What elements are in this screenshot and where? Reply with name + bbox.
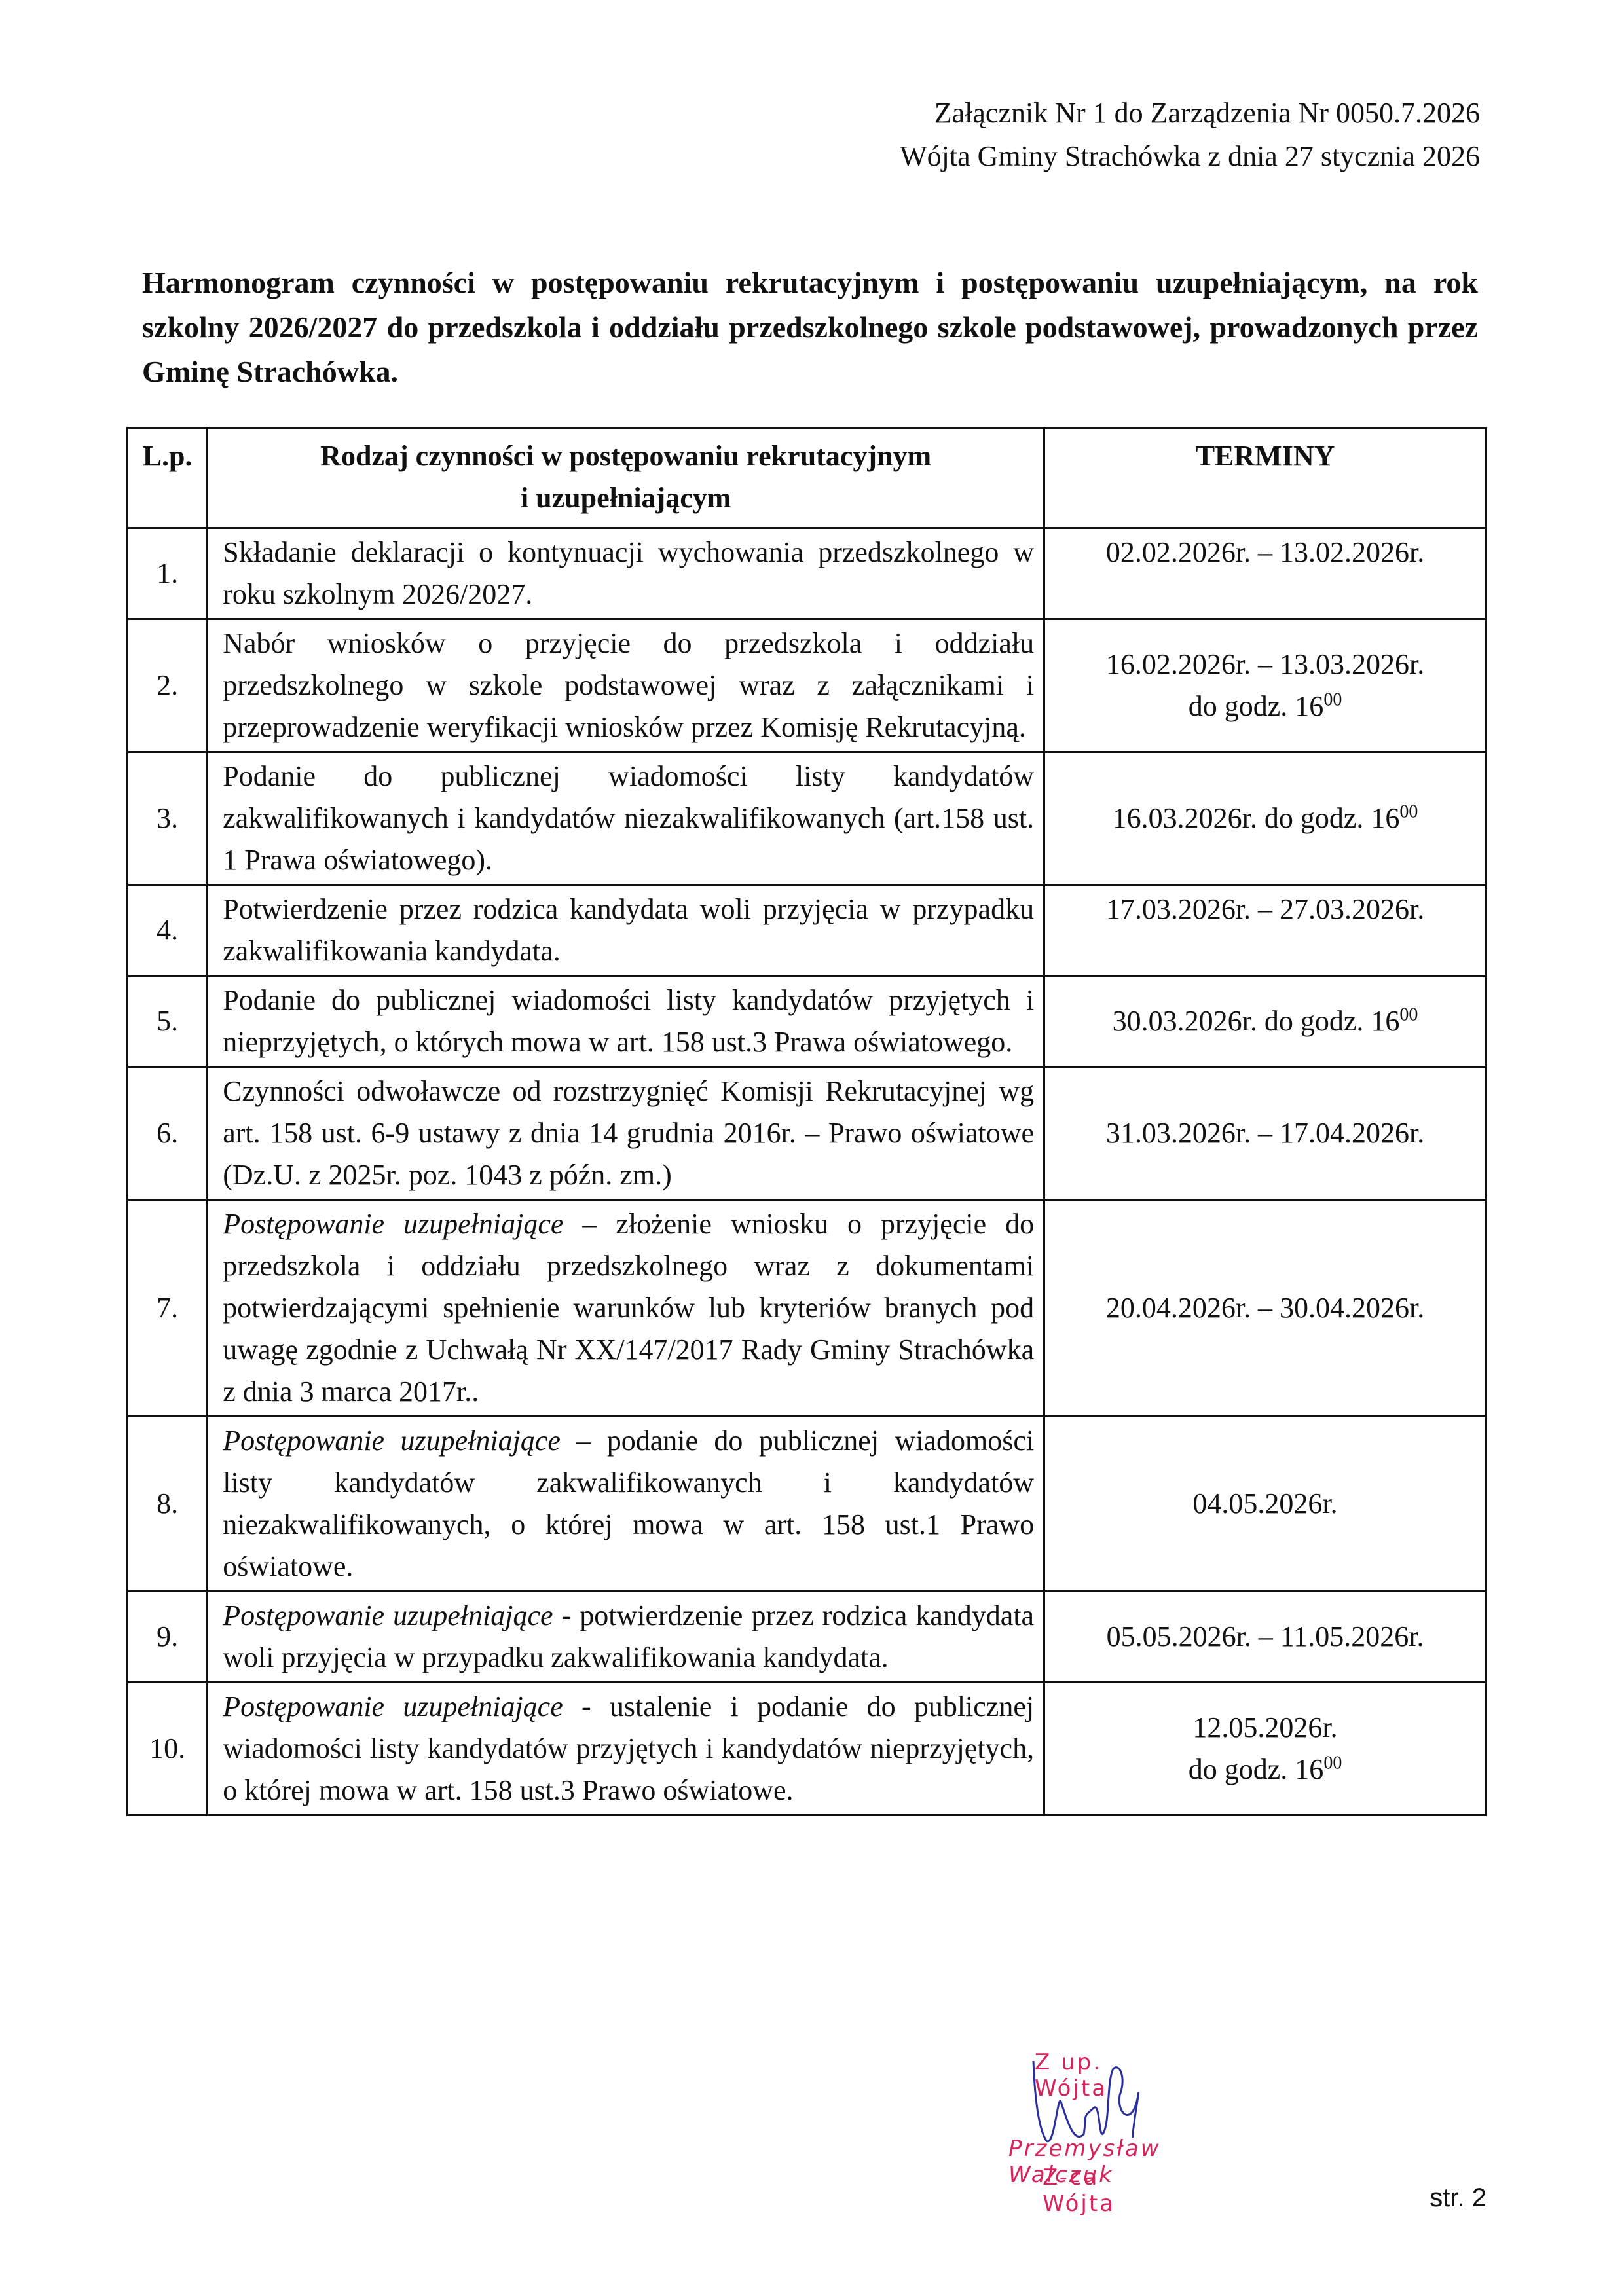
row-activity-phase: Postępowanie uzupełniające: [223, 1425, 561, 1457]
row-term: 31.03.2026r. – 17.04.2026r.: [1044, 1067, 1486, 1200]
row-activity-phase: Postępowanie uzupełniające: [223, 1690, 563, 1722]
attachment-reference: Załącznik Nr 1 do Zarządzenia Nr 0050.7.…: [900, 92, 1480, 178]
row-term-date: 30.03.2026r. do godz. 16: [1113, 1005, 1400, 1037]
row-term-date: 20.04.2026r. – 30.04.2026r.: [1106, 1292, 1424, 1324]
row-activity-text: Czynności odwoławcze od rozstrzygnięć Ko…: [223, 1075, 1034, 1191]
table-row: 6.Czynności odwoławcze od rozstrzygnięć …: [128, 1067, 1486, 1200]
row-activity: Postępowanie uzupełniające - ustalenie i…: [208, 1683, 1044, 1815]
row-term-date: 12.05.2026r.: [1192, 1711, 1337, 1743]
row-term-date: 16.02.2026r. – 13.03.2026r.: [1106, 648, 1424, 680]
schedule-table: L.p. Rodzaj czynności w postępowaniu rek…: [126, 427, 1487, 1816]
row-term: 05.05.2026r. – 11.05.2026r.: [1044, 1592, 1486, 1683]
row-activity-text: Podanie do publicznej wiadomości listy k…: [223, 760, 1034, 876]
row-number: 10.: [128, 1683, 208, 1815]
table-row: 8.Postępowanie uzupełniające – podanie d…: [128, 1417, 1486, 1592]
attachment-reference-line1: Załącznik Nr 1 do Zarządzenia Nr 0050.7.…: [900, 92, 1480, 135]
table-row: 2.Nabór wniosków o przyjęcie do przedszk…: [128, 619, 1486, 752]
row-term-time: do godz. 16: [1189, 690, 1324, 722]
row-term-date: 05.05.2026r. – 11.05.2026r.: [1107, 1620, 1424, 1652]
row-term: 16.02.2026r. – 13.03.2026r.do godz. 1600: [1044, 619, 1486, 752]
row-number: 2.: [128, 619, 208, 752]
row-term: 04.05.2026r.: [1044, 1417, 1486, 1592]
row-activity-phase: Postępowanie uzupełniające: [223, 1208, 563, 1240]
row-number: 8.: [128, 1417, 208, 1592]
row-term-minutes: 00: [1323, 1753, 1342, 1773]
row-term-date: 04.05.2026r.: [1192, 1487, 1337, 1520]
row-activity: Czynności odwoławcze od rozstrzygnięć Ko…: [208, 1067, 1044, 1200]
table-row: 10.Postępowanie uzupełniające - ustaleni…: [128, 1683, 1486, 1815]
row-number: 7.: [128, 1200, 208, 1417]
row-number: 3.: [128, 752, 208, 885]
row-activity: Postępowanie uzupełniające – podanie do …: [208, 1417, 1044, 1592]
row-activity-text: Potwierdzenie przez rodzica kandydata wo…: [223, 893, 1034, 967]
row-term-minutes: 00: [1399, 801, 1418, 822]
row-term: 02.02.2026r. – 13.02.2026r.: [1044, 528, 1486, 619]
table-row: 7.Postępowanie uzupełniające – złożenie …: [128, 1200, 1486, 1417]
column-header-terms: TERMINY: [1044, 428, 1486, 528]
column-header-activity: Rodzaj czynności w postępowaniu rekrutac…: [208, 428, 1044, 528]
table-row: 5.Podanie do publicznej wiadomości listy…: [128, 976, 1486, 1067]
row-term: 16.03.2026r. do godz. 1600: [1044, 752, 1486, 885]
row-activity: Nabór wniosków o przyjęcie do przedszkol…: [208, 619, 1044, 752]
row-term-date: 31.03.2026r. – 17.04.2026r.: [1106, 1117, 1424, 1149]
row-term-minutes: 00: [1323, 689, 1342, 710]
table-row: 1.Składanie deklaracji o kontynuacji wyc…: [128, 528, 1486, 619]
row-number: 1.: [128, 528, 208, 619]
row-term-time: do godz. 16: [1189, 1753, 1324, 1785]
page-number: str. 2: [1430, 2183, 1486, 2213]
table-row: 9.Postępowanie uzupełniające - potwierdz…: [128, 1592, 1486, 1683]
row-term-minutes: 00: [1399, 1004, 1418, 1025]
row-activity-text: Składanie deklaracji o kontynuacji wycho…: [223, 536, 1034, 610]
row-term: 30.03.2026r. do godz. 1600: [1044, 976, 1486, 1067]
column-header-activity-line2: i uzupełniającym: [217, 477, 1034, 519]
signature-stamp: Z up. Wójta Przemysław Walczuk Z-ca Wójt…: [995, 2049, 1179, 2180]
column-header-activity-line1: Rodzaj czynności w postępowaniu rekrutac…: [217, 435, 1034, 477]
table-header-row: L.p. Rodzaj czynności w postępowaniu rek…: [128, 428, 1486, 528]
row-activity: Postępowanie uzupełniające - potwierdzen…: [208, 1592, 1044, 1683]
row-activity: Potwierdzenie przez rodzica kandydata wo…: [208, 885, 1044, 976]
row-term-date: 17.03.2026r. – 27.03.2026r.: [1106, 893, 1424, 925]
table-row: 4.Potwierdzenie przez rodzica kandydata …: [128, 885, 1486, 976]
stamp-role: Z-ca Wójta: [1043, 2164, 1179, 2217]
row-activity-text: Podanie do publicznej wiadomości listy k…: [223, 984, 1034, 1058]
row-activity: Podanie do publicznej wiadomości listy k…: [208, 752, 1044, 885]
row-activity-text: Nabór wniosków o przyjęcie do przedszkol…: [223, 627, 1034, 743]
table-row: 3.Podanie do publicznej wiadomości listy…: [128, 752, 1486, 885]
row-activity: Postępowanie uzupełniające – złożenie wn…: [208, 1200, 1044, 1417]
row-activity: Składanie deklaracji o kontynuacji wycho…: [208, 528, 1044, 619]
row-activity: Podanie do publicznej wiadomości listy k…: [208, 976, 1044, 1067]
row-number: 9.: [128, 1592, 208, 1683]
row-term: 17.03.2026r. – 27.03.2026r.: [1044, 885, 1486, 976]
row-term-date: 02.02.2026r. – 13.02.2026r.: [1106, 536, 1424, 568]
row-term: 12.05.2026r.do godz. 1600: [1044, 1683, 1486, 1815]
row-number: 5.: [128, 976, 208, 1067]
document-title: Harmonogram czynności w postępowaniu rek…: [142, 261, 1478, 394]
column-header-lp: L.p.: [128, 428, 208, 528]
row-term: 20.04.2026r. – 30.04.2026r.: [1044, 1200, 1486, 1417]
row-activity-phase: Postępowanie uzupełniające: [223, 1599, 553, 1631]
row-number: 4.: [128, 885, 208, 976]
row-number: 6.: [128, 1067, 208, 1200]
attachment-reference-line2: Wójta Gminy Strachówka z dnia 27 styczni…: [900, 135, 1480, 178]
row-term-date: 16.03.2026r. do godz. 16: [1113, 802, 1400, 834]
